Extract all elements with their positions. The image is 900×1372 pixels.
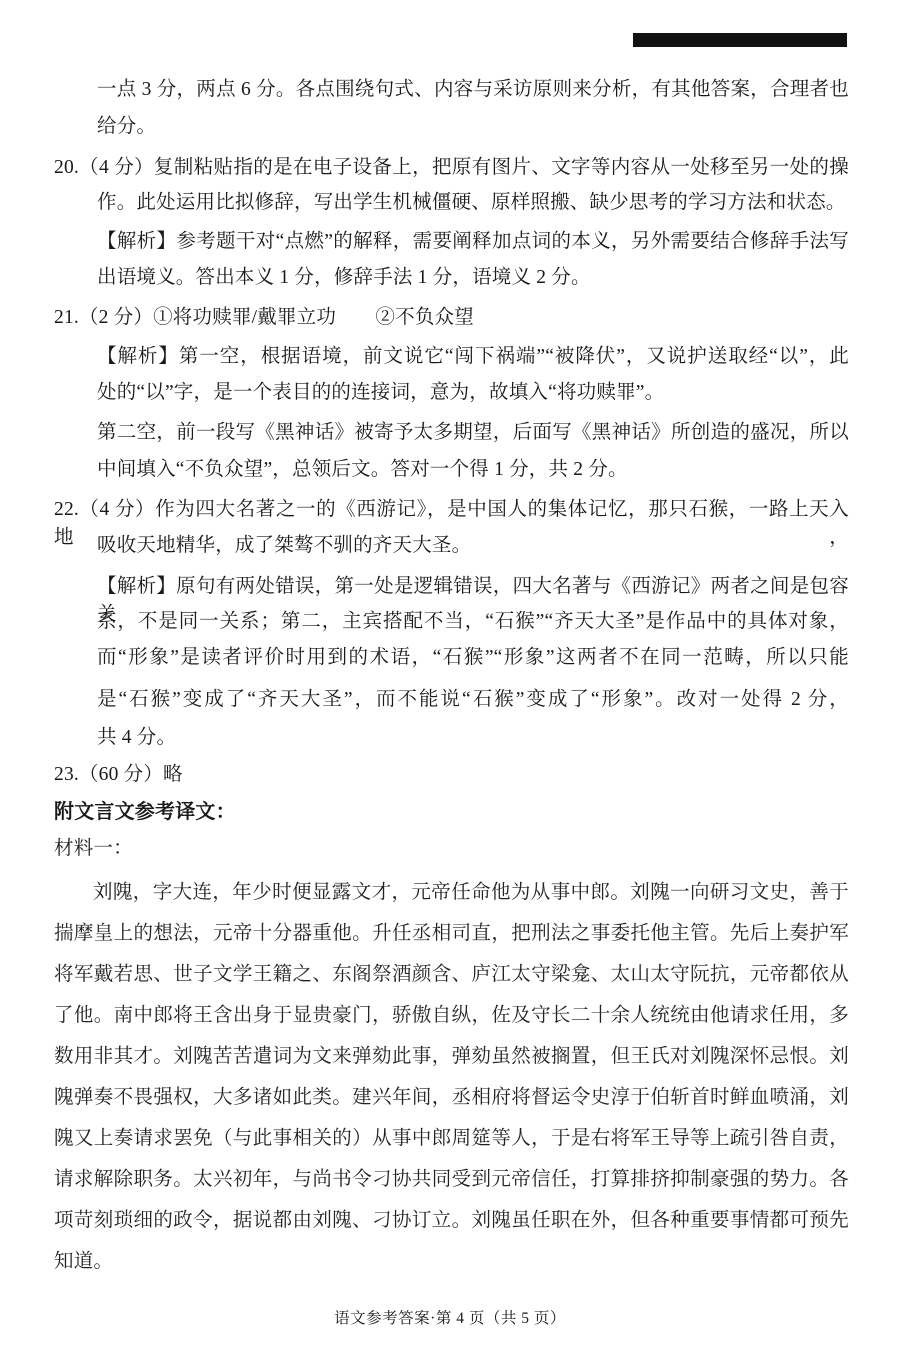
q19-note-line-1: 一点 3 分，两点 6 分。各点围绕句式、内容与采访原则来分析，有其他答案，合理… xyxy=(97,76,849,104)
material-1-line-3: 将军戴若思、世子文学王籍之、东阁祭酒颜含、庐江太守梁龛、太山太守阮抗，元帝都依从 xyxy=(54,961,849,989)
material-1-line-9: 项苛刻琐细的政令，据说都由刘隗、刁协订立。刘隗虽任职在外，但各种重要事情都可预先 xyxy=(54,1207,849,1235)
page-footer: 语文参考答案·第 4 页（共 5 页） xyxy=(0,1306,900,1328)
q21-analysis-line-3: 第二空，前一段写《黑神话》被寄予太多期望，后面写《黑神话》所创造的盛况，所以 xyxy=(97,419,849,447)
material-1-line-8: 请求解除职务。太兴初年，与尚书令刁协共同受到元帝信任，打算排挤抑制豪强的势力。各 xyxy=(54,1166,849,1194)
q22-analysis-line-5: 共 4 分。 xyxy=(97,724,176,752)
material-1-line-5: 数用非其才。刘隗苦苦遣词为文来弹劾此事，弹劾虽然被搁置，但王氏对刘隗深怀忌恨。刘 xyxy=(54,1043,849,1071)
q20-answer-line-2: 作。此处运用比拟修辞，写出学生机械僵硬、原样照搬、缺少思考的学习方法和状态。 xyxy=(97,189,846,217)
q21-answer: 21.（2 分）①将功赎罪/戴罪立功 ②不负众望 xyxy=(54,304,474,332)
material-1-line-1: 刘隗，字大连，年少时便显露文才，元帝任命他为从事中郎。刘隗一向研习文史，善于 xyxy=(93,879,849,907)
redaction-bar xyxy=(633,33,847,47)
q19-note-line-2: 给分。 xyxy=(97,113,156,141)
q22-analysis-line-2: 系，不是同一关系；第二，主宾搭配不当，“石猴”“齐天大圣”是作品中的具体对象， xyxy=(97,608,849,636)
q20-answer-line-1: 20.（4 分）复制粘贴指的是在电子设备上，把原有图片、文字等内容从一处移至另一… xyxy=(54,154,849,182)
q21-analysis-line-4: 中间填入“不负众望”，总领后文。答对一个得 1 分，共 2 分。 xyxy=(97,456,628,484)
q23-answer: 23.（60 分）略 xyxy=(54,761,183,789)
material-1-label: 材料一： xyxy=(54,835,133,863)
q22-analysis-line-3: 而“形象”是读者评价时用到的术语，“石猴”“形象”这两者不在同一范畴，所以只能 xyxy=(97,644,849,672)
q21-analysis-line-1: 【解析】第一空，根据语境，前文说它“闯下祸端”“被降伏”，又说护送取经“以”，此 xyxy=(97,343,849,371)
q20-analysis-line-1: 【解析】参考题干对“点燃”的解释，需要阐释加点词的本义，另外需要结合修辞手法写 xyxy=(97,228,849,256)
material-1-line-2: 揣摩皇上的想法，元帝十分器重他。升任丞相司直，把刑法之事委托他主管。先后上奏护军 xyxy=(54,920,849,948)
translation-heading: 附文言文参考译文： xyxy=(54,798,236,826)
q22-analysis-line-4: 是“石猴”变成了“齐天大圣”，而不能说“石猴”变成了“形象”。改对一处得 2 分… xyxy=(97,686,849,714)
material-1-line-4: 了他。南中郎将王含出身于显贵豪门，骄傲自纵，佐及守长二十余人统统由他请求任用，多 xyxy=(54,1002,849,1030)
answer-sheet-page: 一点 3 分，两点 6 分。各点围绕句式、内容与采访原则来分析，有其他答案，合理… xyxy=(0,0,900,1372)
material-1-line-7: 隗又上奏请求罢免（与此事相关的）从事中郎周筵等人，于是右将军王导等上疏引咎自责， xyxy=(54,1125,849,1153)
material-1-line-6: 隗弹奏不畏强权，大多诸如此类。建兴年间，丞相府将督运令史淳于伯斩首时鲜血喷涌，刘 xyxy=(54,1084,849,1112)
material-1-line-10: 知道。 xyxy=(54,1248,113,1276)
q21-analysis-line-2: 处的“以”字，是一个表目的的连接词，意为，故填入“将功赎罪”。 xyxy=(97,379,664,407)
q22-answer-line-2: 吸收天地精华，成了桀骜不驯的齐天大圣。 xyxy=(97,532,471,560)
q20-analysis-line-2: 出语境义。答出本义 1 分，修辞手法 1 分，语境义 2 分。 xyxy=(97,264,591,292)
